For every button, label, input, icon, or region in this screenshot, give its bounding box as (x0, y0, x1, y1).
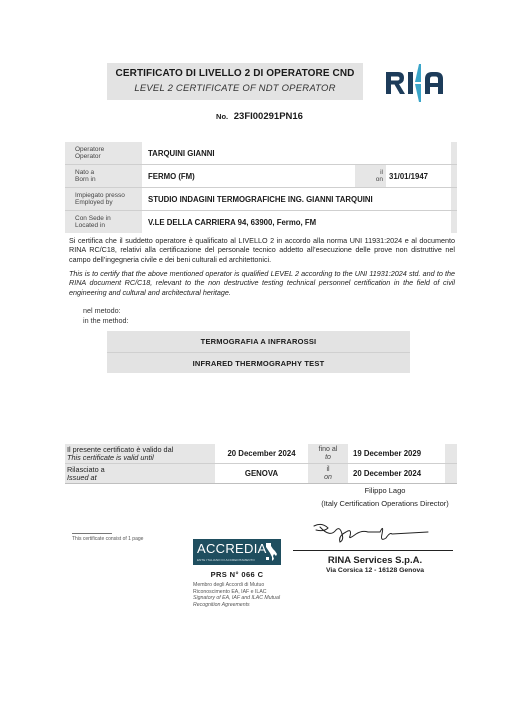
company-address: Via Corsica 12 - 16128 Genova (290, 567, 460, 574)
operator-label: Operatore Operator (65, 142, 142, 164)
label-it: il (308, 466, 348, 474)
mra-note: Membro degli Accordi di Mutuo Riconoscim… (193, 582, 293, 608)
issued-row: Rilasciato a Issued at GENOVA il on 20 D… (65, 464, 457, 484)
label-en: to (308, 454, 348, 462)
label-it: Nato a (75, 169, 142, 177)
issued-label: Rilasciato a Issued at (65, 464, 215, 483)
label-en: Born in (75, 176, 142, 184)
method-box: TERMOGRAFIA A INFRAROSSI INFRARED THERMO… (107, 331, 410, 373)
label-en: Issued at (67, 474, 215, 482)
accredia-logo: ACCREDIA ENTE ITALIANO DI ACCREDITAMENTO (193, 539, 281, 565)
certificate-title-box: CERTIFICATO DI LIVELLO 2 DI OPERATORE CN… (107, 63, 363, 100)
statement-english: This is to certify that the above mentio… (69, 269, 455, 297)
accredia-wordmark: ACCREDIA (197, 541, 267, 556)
validity-label: Il presente certificato è valido dal Thi… (65, 444, 215, 463)
location-label: Con Sede in Located in (65, 211, 142, 233)
statement-italian: Si certifica che il suddetto operatore è… (69, 236, 455, 264)
issued-at-place: GENOVA (215, 464, 308, 483)
accredia-subtitle: ENTE ITALIANO DI ACCREDITAMENTO (197, 558, 255, 562)
label-it: Operatore (75, 146, 142, 154)
employer-label: Impiegato presso Employed by (65, 188, 142, 210)
valid-to-date: 19 December 2029 (348, 444, 445, 463)
location-row: Con Sede in Located in V.LE DELLA CARRIE… (65, 211, 457, 233)
birthdate-value: 31/01/1947 (386, 165, 451, 187)
label-en: This certificate is valid until (67, 454, 215, 462)
validity-table: Il presente certificato è valido dal Thi… (65, 444, 457, 484)
label-it: fino al (308, 446, 348, 454)
footnote-divider (72, 533, 112, 534)
operator-details-table: Operatore Operator TARQUINI GIANNI Nato … (65, 142, 457, 233)
mra-note-italian: Membro degli Accordi di Mutuo Riconoscim… (193, 582, 293, 595)
birthplace-value: FERMO (FM) (142, 165, 355, 187)
location-value: V.LE DELLA CARRIERA 94, 63900, Fermo, FM (142, 211, 451, 233)
label-en: Located in (75, 222, 142, 230)
company-name: RINA Services S.p.A. (290, 555, 460, 566)
signatory-role: (Italy Certification Operations Director… (300, 499, 470, 509)
title-english: LEVEL 2 CERTIFICATE OF NDT OPERATOR (107, 83, 363, 94)
method-label-english: in the method: (83, 316, 129, 326)
operator-name: TARQUINI GIANNI (142, 142, 451, 164)
method-label-italian: nel metodo: (83, 306, 121, 316)
title-italian: CERTIFICATO DI LIVELLO 2 DI OPERATORE CN… (107, 68, 363, 79)
page-count-note: This certificate consist of 1 page (72, 536, 143, 542)
certificate-number: No. 23FI00291PN16 (0, 111, 519, 122)
signature-line (293, 550, 453, 551)
label-en: Operator (75, 153, 142, 161)
birthplace-row: Nato a Born in FERMO (FM) il on 31/01/19… (65, 165, 457, 188)
issued-on-date: 20 December 2024 (348, 464, 445, 483)
label-en: Employed by (75, 199, 142, 207)
employer-row: Impiegato presso Employed by STUDIO INDA… (65, 188, 457, 211)
signature-icon (310, 518, 430, 546)
validity-row: Il presente certificato è valido dal Thi… (65, 444, 457, 464)
until-label: fino al to (308, 444, 348, 463)
italy-map-icon (264, 542, 278, 562)
rina-logo-icon (384, 62, 450, 104)
operator-row: Operatore Operator TARQUINI GIANNI (65, 142, 457, 165)
employer-value: STUDIO INDAGINI TERMOGRAFICHE ING. GIANN… (142, 188, 451, 210)
label-en: on (308, 474, 348, 482)
issued-on-label: il on (308, 464, 348, 483)
label-it: il (355, 169, 383, 176)
signatory-name: Filippo Lago (300, 486, 470, 495)
mra-note-english: Signatory of EA, IAF and ILAC Mutual Rec… (193, 595, 293, 608)
certificate-number-value: 23FI00291PN16 (234, 111, 303, 122)
birthdate-label: il on (355, 165, 386, 187)
label-it: Impiegato presso (75, 192, 142, 200)
method-name-italian: TERMOGRAFIA A INFRAROSSI (107, 331, 410, 352)
accreditation-number: PRS N° 066 C (193, 570, 281, 579)
valid-from-date: 20 December 2024 (215, 444, 308, 463)
certificate-number-prefix: No. (216, 112, 228, 121)
label-en: on (355, 176, 383, 183)
birthplace-label: Nato a Born in (65, 165, 142, 187)
method-name-english: INFRARED THERMOGRAPHY TEST (107, 352, 410, 374)
label-it: Con Sede in (75, 215, 142, 223)
rina-logo (384, 62, 450, 104)
